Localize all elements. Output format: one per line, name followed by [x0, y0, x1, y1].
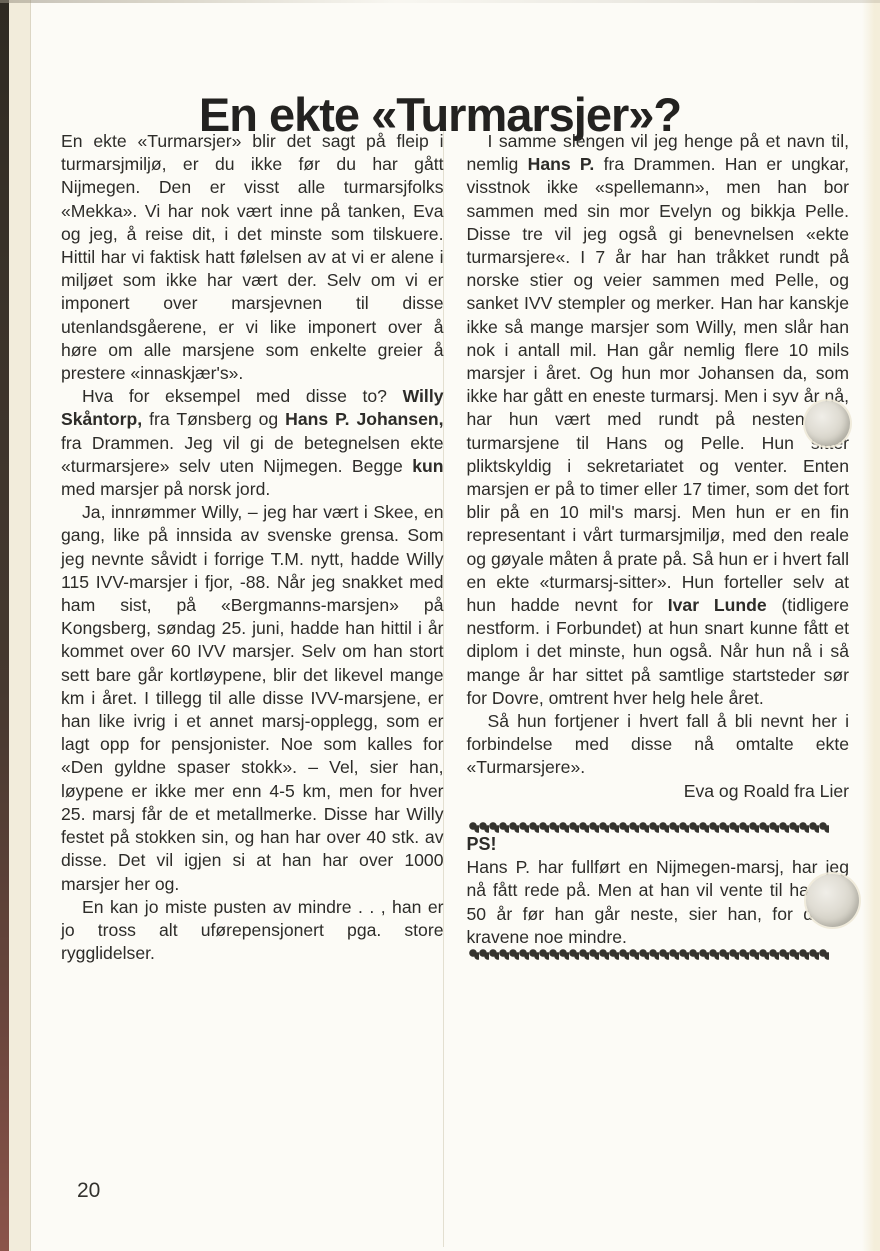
scan-edge-left-cream — [9, 0, 31, 1251]
article-column-right: I samme slengen vil jeg henge på et navn… — [467, 130, 850, 965]
paragraph: Ja, innrømmer Willy, – jeg har vært i Sk… — [61, 501, 444, 895]
article-body: En ekte «Turmarsjer» blir det sagt på fl… — [61, 130, 849, 965]
scan-edge-top — [0, 0, 880, 3]
article-column-left: En ekte «Turmarsjer» blir det sagt på fl… — [61, 130, 444, 965]
punch-hole-bottom — [806, 874, 859, 927]
scan-edge-left-dark — [0, 0, 9, 1251]
article-column-right-text: I samme slengen vil jeg henge på et navn… — [467, 130, 850, 780]
ps-body: Hans P. har fullført en Nijmegen-marsj, … — [467, 856, 850, 949]
paragraph: Hva for eksempel med disse to? Willy Skå… — [61, 385, 444, 501]
ps-section: PS! Hans P. har fullført en Nijmegen-mar… — [467, 822, 850, 960]
paragraph: En ekte «Turmarsjer» blir det sagt på fl… — [61, 130, 444, 385]
paragraph: Så hun fortjener i hvert fall å bli nevn… — [467, 710, 850, 780]
paragraph: I samme slengen vil jeg henge på et navn… — [467, 130, 850, 710]
scan-edge-right-cream — [862, 0, 880, 1251]
paragraph: En kan jo miste pusten av mindre . . , h… — [61, 896, 444, 966]
wavy-divider-top — [469, 822, 829, 833]
wavy-divider-bottom — [469, 949, 829, 960]
punch-hole-top — [805, 401, 850, 446]
ps-heading: PS! — [467, 833, 850, 856]
page-number: 20 — [77, 1179, 100, 1203]
article-signature: Eva og Roald fra Lier — [467, 780, 850, 803]
